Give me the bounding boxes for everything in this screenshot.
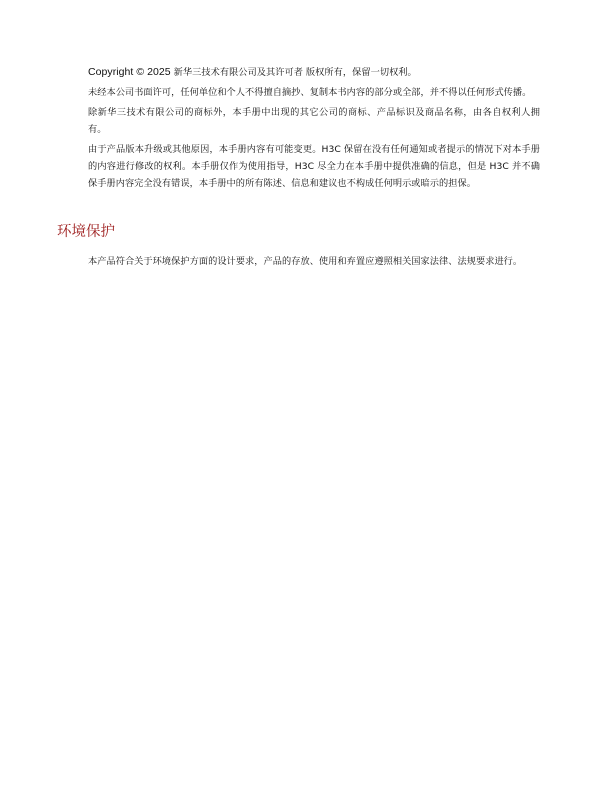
- copyright-line: Copyright © 2025 新华三技术有限公司及其许可者 版权所有，保留一…: [88, 64, 540, 81]
- environment-section: 本产品符合关于环境保护方面的设计要求，产品的存放、使用和弃置应遵照相关国家法律、…: [88, 253, 540, 273]
- legal-paragraph: 除新华三技术有限公司的商标外，本手册中出现的其它公司的商标、产品标识及商品名称，…: [88, 104, 540, 138]
- environment-paragraph: 本产品符合关于环境保护方面的设计要求，产品的存放、使用和弃置应遵照相关国家法律、…: [88, 253, 540, 270]
- legal-paragraph: 未经本公司书面许可，任何单位和个人不得擅自摘抄、复制本书内容的部分或全部，并不得…: [88, 84, 540, 101]
- copyright-text: 新华三技术有限公司及其许可者 版权所有，保留一切权利。: [171, 67, 417, 78]
- legal-paragraph: 由于产品版本升级或其他原因，本手册内容有可能变更。H3C 保留在没有任何通知或者…: [88, 141, 540, 192]
- section-heading-environment: 环境保护: [57, 222, 115, 242]
- document-page: Copyright © 2025 新华三技术有限公司及其许可者 版权所有，保留一…: [0, 0, 595, 807]
- legal-notice: Copyright © 2025 新华三技术有限公司及其许可者 版权所有，保留一…: [88, 64, 540, 195]
- copyright-prefix: Copyright © 2025: [88, 66, 171, 78]
